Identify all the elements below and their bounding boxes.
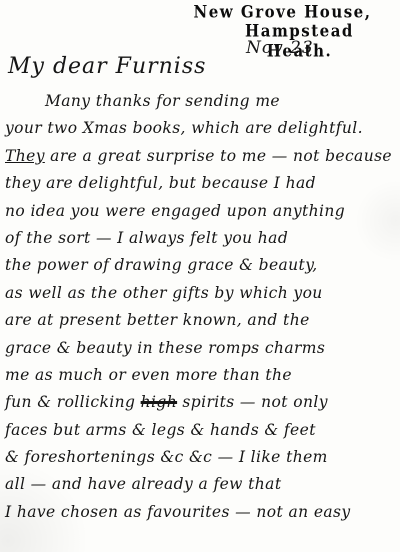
letter-line: no idea you were engaged upon anything: [5, 198, 396, 225]
handwritten-date: Nov 23: [246, 38, 314, 58]
letterhead-house-name: New Grove House,: [175, 2, 390, 22]
underlined-word: They: [5, 147, 45, 165]
letter-line: your two Xmas books, which are delightfu…: [5, 115, 396, 142]
letter-line: fun & rollicking high spirits — not only: [5, 389, 396, 416]
letter-line: are at present better known, and the: [5, 307, 396, 334]
letter-scan: New Grove House, Hampstead Heath. Nov 23…: [0, 0, 400, 552]
salutation: My dear Furniss: [8, 54, 206, 79]
letter-line-text: are a great surprise to me — not because: [45, 147, 392, 165]
letter-line: I have chosen as favourites — not an eas…: [5, 499, 396, 526]
letter-line: of the sort — I always felt you had: [5, 225, 396, 252]
letter-line-text: fun & rollicking: [5, 393, 141, 411]
letter-body: Many thanks for sending me your two Xmas…: [5, 88, 396, 526]
letter-line: They are a great surprise to me — not be…: [5, 143, 396, 170]
letter-line: & foreshortenings &c &c — I like them: [5, 444, 396, 471]
letter-line-text: spirits — not only: [177, 393, 328, 411]
letter-line: Many thanks for sending me: [5, 88, 396, 115]
letter-line: grace & beauty in these romps charms: [5, 335, 396, 362]
letter-line: all — and have already a few that: [5, 471, 396, 498]
letter-line: me as much or even more than the: [5, 362, 396, 389]
letter-line: the power of drawing grace & beauty,: [5, 252, 396, 279]
letter-line: faces but arms & legs & hands & feet: [5, 417, 396, 444]
struck-out-word: high: [141, 393, 177, 411]
letter-line: they are delightful, but because I had: [5, 170, 396, 197]
letter-line: as well as the other gifts by which you: [5, 280, 396, 307]
